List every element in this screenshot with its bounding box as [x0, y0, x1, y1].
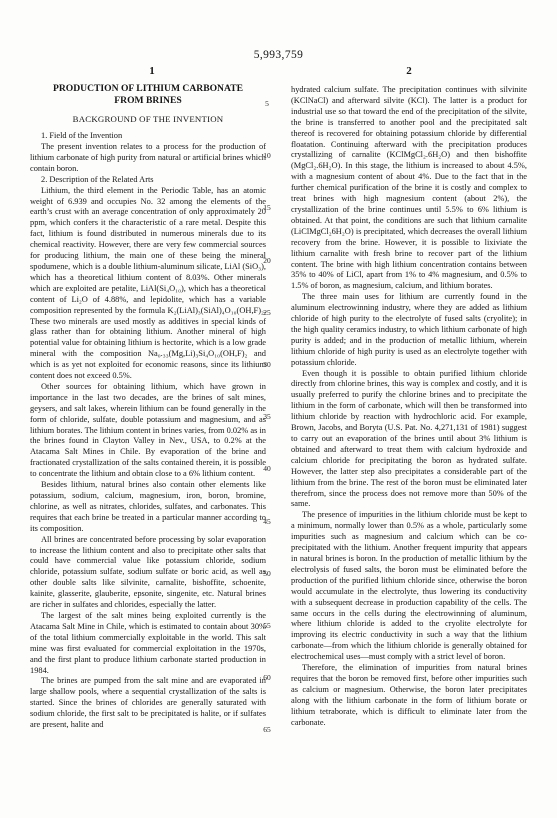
column-2: hydrated calcium sulfate. The precipitat…: [291, 85, 527, 728]
paragraph-boron-removal-first: Therefore, the elimination of impurities…: [291, 663, 527, 728]
patent-page: 5,993,759 1 2 5 10 15 20 25 30 35 40 45 …: [0, 0, 557, 818]
paragraph-brine-concentration: All brines are concentrated before proce…: [30, 535, 266, 611]
paragraph-atacama-mine: The largest of the salt mines being expl…: [30, 611, 266, 676]
paragraph-field-of-invention: The present invention relates to a proce…: [30, 142, 266, 175]
field-of-invention-heading: 1. Field of the Invention: [30, 131, 266, 142]
column-1-number: 1: [34, 65, 270, 77]
related-arts-heading: 2. Description of the Related Arts: [30, 175, 266, 186]
background-section-heading: BACKGROUND OF THE INVENTION: [30, 114, 266, 125]
paragraph-carbonate-route: Even though it is possible to obtain pur…: [291, 369, 527, 511]
paragraph-precipitation-continuation: hydrated calcium sulfate. The precipitat…: [291, 85, 527, 292]
invention-title: PRODUCTION OF LITHIUM CARBONATE FROM BRI…: [45, 83, 251, 106]
paragraph-lithium-uses: The three main uses for lithium are curr…: [291, 292, 527, 368]
invention-title-line-2: FROM BRINES: [45, 95, 251, 107]
column-2-number: 2: [291, 65, 527, 77]
paragraph-lithium-minerals: Lithium, the third element in the Period…: [30, 186, 266, 382]
paragraph-brine-elements: Besides lithium, natural brines also con…: [30, 480, 266, 535]
paragraph-other-sources: Other sources for obtaining lithium, whi…: [30, 382, 266, 480]
line-number: 65: [256, 725, 278, 777]
invention-title-line-1: PRODUCTION OF LITHIUM CARBONATE: [45, 83, 251, 95]
paragraph-brine-pumping: The brines are pumped from the salt mine…: [30, 676, 266, 731]
paragraph-impurities: The presence of impurities in the lithiu…: [291, 510, 527, 663]
patent-number: 5,993,759: [0, 49, 557, 61]
column-1: PRODUCTION OF LITHIUM CARBONATE FROM BRI…: [30, 83, 266, 731]
